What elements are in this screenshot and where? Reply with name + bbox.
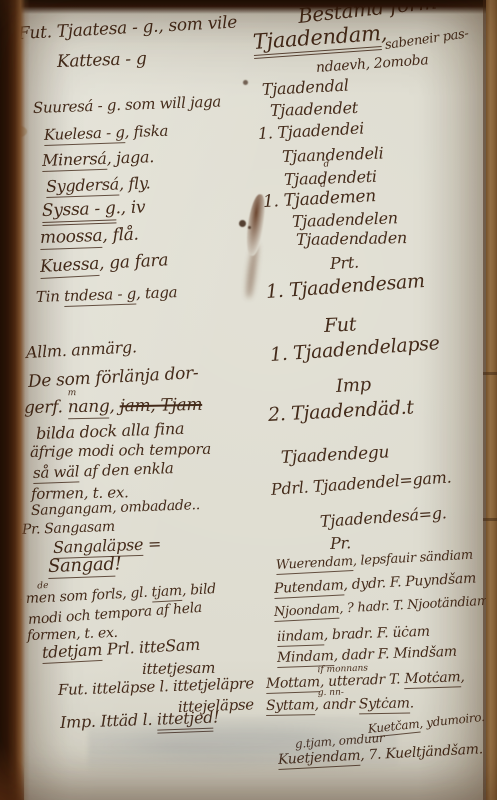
word-run: , bild (181, 581, 216, 599)
ink-dot (243, 80, 248, 85)
manuscript-line: moossa, flå. (40, 225, 139, 248)
manuscript-line: Sangad! (48, 553, 122, 577)
word-run: Allm. anmärg. (26, 337, 138, 362)
word-run: Tjaandendeli (282, 143, 384, 166)
manuscript-line: Njoondam, ? hadr. T. Njootändiam, (274, 594, 493, 620)
word-run: Tjaadendal (262, 75, 350, 99)
word-run: Kattesa - g (57, 49, 147, 72)
handwriting-layer: Bestämd form Fut. Tjaatesa - g., som vil… (0, 0, 497, 800)
word-run: Tin (36, 287, 65, 306)
word-run: Tjaadendet (270, 98, 358, 120)
manuscript-line: Allm. anmärg. (26, 337, 138, 362)
interlinear-note: if monnans (317, 663, 368, 675)
manuscript-line: 1. Tjaadendelapse (269, 332, 440, 366)
word-run: , andr (314, 696, 359, 713)
manuscript-line: gerf. nang, jam, Tjamm (24, 395, 203, 418)
manuscript-line: Pdrl. Tjaadendel=gam. (270, 467, 452, 499)
manuscript-line: äfrige modi och tempora (30, 440, 211, 461)
manuscript-line: Tjaadendetid (284, 167, 377, 189)
word-run: 2. Tjaadendäd.t (267, 396, 414, 426)
marked-word: Tjaadendam (252, 21, 382, 59)
manuscript-line: sabeneir pas- (384, 26, 470, 53)
word-run: , (460, 669, 465, 685)
manuscript-line: Fut. itteläpse l. ittetjeläpre (58, 674, 255, 699)
manuscript-line: Kuelesa - g, fiska (44, 122, 169, 144)
word-run: Suuresá - g. som will jaga (33, 92, 222, 117)
book-spine-shadow (0, 0, 30, 800)
marked-word: Wuerendam (276, 554, 354, 575)
manuscript-line: iindam, bradr. F. üċam (277, 624, 430, 645)
page-edge-top (0, 0, 497, 14)
manuscript-line: 1. Tjaademend (262, 186, 376, 212)
word-run: , flå. (102, 225, 139, 246)
word-run: sabeneir pas- (384, 26, 470, 53)
word-run: ! (114, 553, 122, 574)
interlinear-note: d (323, 159, 329, 169)
word-run: af den enkla (79, 459, 174, 480)
ink-dot (239, 220, 246, 227)
word-run: ndaevh, 2omoba (315, 52, 428, 76)
interlinear-note: m (68, 388, 77, 398)
word-run: , fly. (119, 173, 151, 193)
manuscript-line: Putendam, dydr. F. Puyndšam (274, 570, 477, 597)
marked-word: moossa (40, 226, 103, 250)
bleed-through-smudge (88, 716, 398, 782)
page-edge-notch (483, 372, 497, 375)
manuscript-line: De som förlänja dor- (27, 363, 198, 392)
manuscript-line: Imp (335, 374, 371, 397)
manuscript-line: Syttam, andr Sytċam.g. nn- (266, 695, 414, 714)
manuscript-line: 1. Tjaadendei (258, 118, 365, 143)
word-run: , dadr F. Mindšam (333, 644, 457, 664)
marked-word: tndesa - g (64, 285, 137, 308)
marked-word: nang (68, 397, 110, 420)
word-run: Imp (335, 374, 371, 397)
marked-word: Sangad (48, 554, 115, 579)
manuscript-photo: Bestämd form Fut. Tjaatesa - g., som vil… (0, 0, 497, 800)
word-run: , lepsfauir sändiam (352, 548, 473, 569)
word-run: Prt. (330, 253, 360, 273)
word-run: , fiska (124, 122, 168, 142)
word-run: gerf. (24, 397, 68, 418)
manuscript-line: Tjaandendeli (282, 143, 384, 166)
manuscript-line: Suuresá - g. som will jaga (33, 92, 222, 117)
manuscript-line: bilda dock alla fina (36, 419, 185, 443)
word-run: , ga fara (99, 250, 169, 274)
word-run: Fut. itteläpse l. ittetjeläpre (58, 674, 255, 699)
word-run: Fut (323, 313, 356, 337)
marked-word: Motċam (404, 669, 461, 689)
manuscript-line: Pr. (330, 533, 351, 553)
manuscript-line: ndaevh, 2omoba (315, 52, 428, 76)
word-run: , dydr. F. Puyndšam (343, 570, 476, 593)
marked-word: tdetjam (42, 640, 103, 664)
manuscript-line: Kuessa, ga fara (39, 250, 168, 277)
manuscript-line: Tjaadendesá=g. (319, 503, 447, 531)
manuscript-line: så wäl af den enkla (33, 459, 174, 482)
word-run: 1. Tjaadendei (258, 118, 365, 143)
word-run: 1. Tjaademen (262, 186, 376, 212)
manuscript-line: Wuerendam, lepsfauir sändiam (276, 548, 474, 573)
word-run: Pr. (330, 533, 351, 553)
marked-word: Minersá (42, 149, 107, 172)
page-corner-shadow (0, 728, 24, 800)
interlinear-note: g. nn- (318, 688, 344, 698)
word-run: , bradr. F. üċam (323, 624, 430, 644)
marked-word: Kuelesa - g (44, 123, 125, 146)
manuscript-line: Kattesa - g (57, 49, 147, 72)
interlinear-note: de (37, 581, 49, 592)
word-run: bilda dock alla fina (36, 419, 185, 443)
word-run: Tjaadendaden (296, 228, 407, 249)
marked-word: iindam (277, 627, 324, 647)
page-edge-notch (483, 518, 497, 521)
manuscript-line: Fut. Tjaatesa - g., som vile (17, 13, 237, 44)
marked-word: tjam (151, 583, 182, 603)
word-run: = (143, 534, 162, 554)
interlinear-note: d (320, 180, 326, 190)
manuscript-line: 2. Tjaadendäd.t (267, 396, 414, 426)
word-run: . (409, 695, 413, 711)
manuscript-line: Tjaadendet (270, 98, 358, 120)
manuscript-line: Tjaadendegu (280, 442, 389, 468)
word-run: Fut. Tjaatesa - g., som vile (17, 13, 237, 44)
manuscript-line: Fut (323, 313, 356, 337)
word-run: 1. Tjaadendelapse (269, 332, 440, 366)
marked-word: Sygdersá (46, 174, 120, 198)
word-run: , ydumoiro. (419, 710, 486, 731)
word-run: Tjaadendegu (280, 442, 389, 468)
word-run: 1. Tjaadendesam (265, 270, 425, 303)
manuscript-line: Minersá, jaga. (42, 147, 155, 170)
word-run: Prl. itteSam (102, 635, 201, 659)
manuscript-line: Pr. Sangasam (22, 519, 115, 538)
word-run: , ? hadr. T. Njootändiam, (339, 594, 493, 617)
word-run: Tjaadendesá=g. (319, 503, 447, 531)
word-run: , taga (136, 283, 178, 302)
manuscript-line: Prt. (330, 253, 360, 273)
manuscript-line: 1. Tjaadendesam (265, 270, 425, 303)
marked-word: Sytċam (359, 695, 410, 714)
word-run: , jaga. (106, 147, 154, 168)
manuscript-line: Tin tndesa - g, taga (36, 283, 178, 306)
manuscript-line: Tjaadendam, (252, 21, 388, 54)
marked-word: jam, Tjam (120, 395, 203, 416)
marked-word: Kuessa (39, 254, 99, 279)
manuscript-line: Syssa - g., iv (42, 197, 146, 221)
marked-word: Syttam (266, 697, 315, 716)
adjacent-page-edge (486, 0, 497, 800)
manuscript-line: Sygdersá, fly. (46, 173, 151, 196)
notebook-page: Bestämd form Fut. Tjaatesa - g., som vil… (0, 0, 497, 800)
word-run: Tjaadendeti (284, 167, 377, 189)
manuscript-line: Tjaadendaden (296, 228, 407, 249)
marked-word: Putendam (274, 577, 344, 599)
word-run: äfrige modi och tempora (30, 440, 211, 461)
word-run: De som förlänja dor- (27, 363, 198, 392)
word-run: Pdrl. Tjaadendel=gam. (270, 467, 452, 499)
marked-word: Njoondam (274, 602, 340, 622)
marked-word: Syssa - g (42, 198, 116, 226)
word-run: Pr. Sangasam (22, 519, 115, 538)
word-run: , (109, 396, 120, 416)
manuscript-line: Tjaadendal (262, 75, 350, 99)
manuscript-line: Mottam, utteradr T. Motċam,if monnans (266, 669, 465, 692)
word-run: ., iv (115, 197, 145, 218)
marked-word: så wäl (33, 462, 80, 484)
marked-word: Mottam (266, 674, 320, 694)
